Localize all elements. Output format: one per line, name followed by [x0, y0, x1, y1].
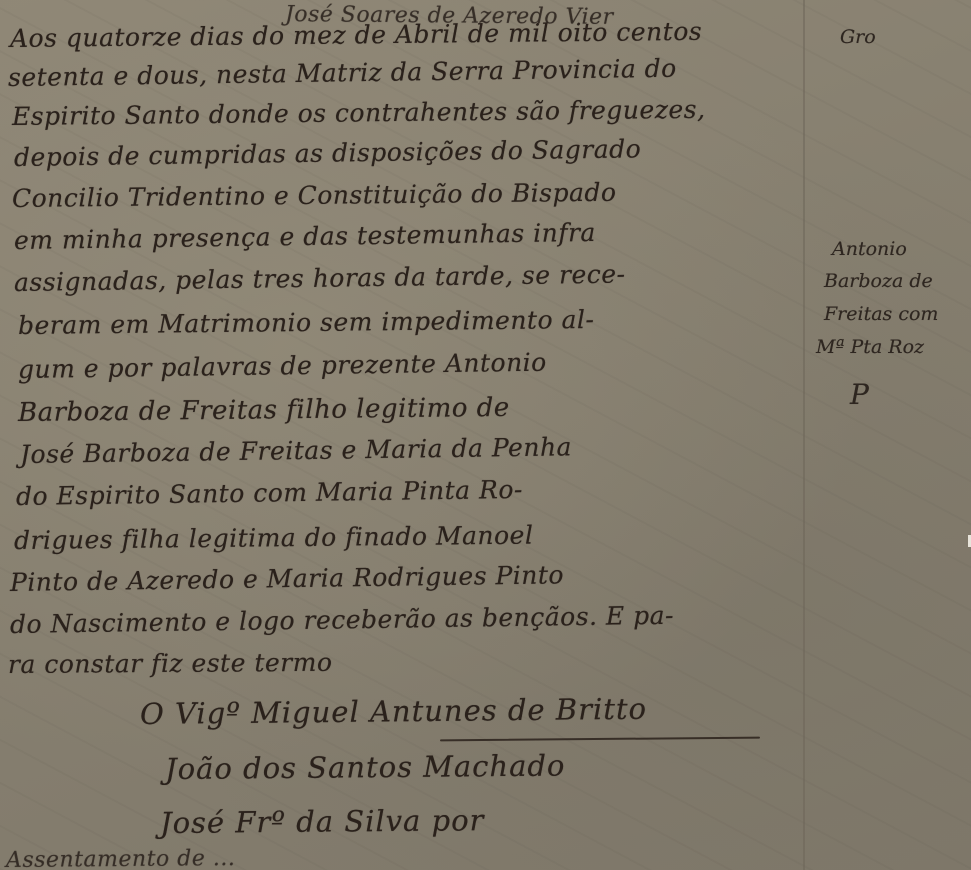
body-line-9: gum e por palavras de prezente Antonio: [18, 348, 547, 384]
record-body: José Soares de Azeredo Vier Aos quatorze…: [0, 0, 800, 870]
signature-underline: [440, 737, 760, 742]
body-line-5: Concilio Tridentino e Constituição do Bi…: [12, 178, 617, 213]
body-line-16: ra constar fiz este termo: [8, 648, 333, 679]
signature-witness-1: João dos Santos Machado: [165, 749, 566, 786]
body-line-1: Aos quatorze dias do mez de Abril de mil…: [10, 17, 702, 53]
margin-annotation: Gro Antonio Barboza de Freitas com Mª Pt…: [810, 0, 970, 870]
margin-line-4: Mª Pta Roz: [816, 336, 924, 358]
body-line-7: assignadas, pelas tres horas da tarde, s…: [14, 259, 626, 297]
body-line-8: beram em Matrimonio sem impedimento al-: [18, 305, 595, 340]
body-line-10: Barboza de Freitas filho legitimo de: [18, 393, 510, 428]
margin-top-note: Gro: [840, 26, 876, 48]
margin-mark: P: [850, 378, 869, 411]
signature-vicar: O Vigº Miguel Antunes de Britto: [140, 692, 647, 731]
body-line-4: depois de cumpridas as disposições do Sa…: [14, 134, 642, 172]
margin-line-2: Barboza de: [824, 270, 933, 292]
footer-fragment: Assentamento de ...: [6, 846, 236, 870]
manuscript-page: José Soares de Azeredo Vier Aos quatorze…: [0, 0, 971, 870]
margin-line-1: Antonio: [832, 238, 907, 260]
signature-witness-2: José Frº da Silva por: [160, 803, 485, 840]
body-line-3: Espirito Santo donde os contrahentes são…: [12, 95, 706, 131]
body-line-6: em minha presença e das testemunhas infr…: [14, 218, 596, 255]
body-line-14: Pinto de Azeredo e Maria Rodrigues Pinto: [10, 560, 564, 597]
body-line-12: do Espirito Santo com Maria Pinta Ro-: [16, 475, 523, 511]
margin-line-3: Freitas com: [824, 303, 938, 325]
body-line-15: do Nascimento e logo receberão as benção…: [10, 601, 674, 639]
body-line-11: José Barboza de Freitas e Maria da Penha: [20, 432, 572, 469]
body-line-2: setenta e dous, nesta Matriz da Serra Pr…: [8, 54, 677, 92]
margin-rule: [803, 0, 805, 870]
body-line-13: drigues filha legitima do finado Manoel: [14, 521, 534, 555]
